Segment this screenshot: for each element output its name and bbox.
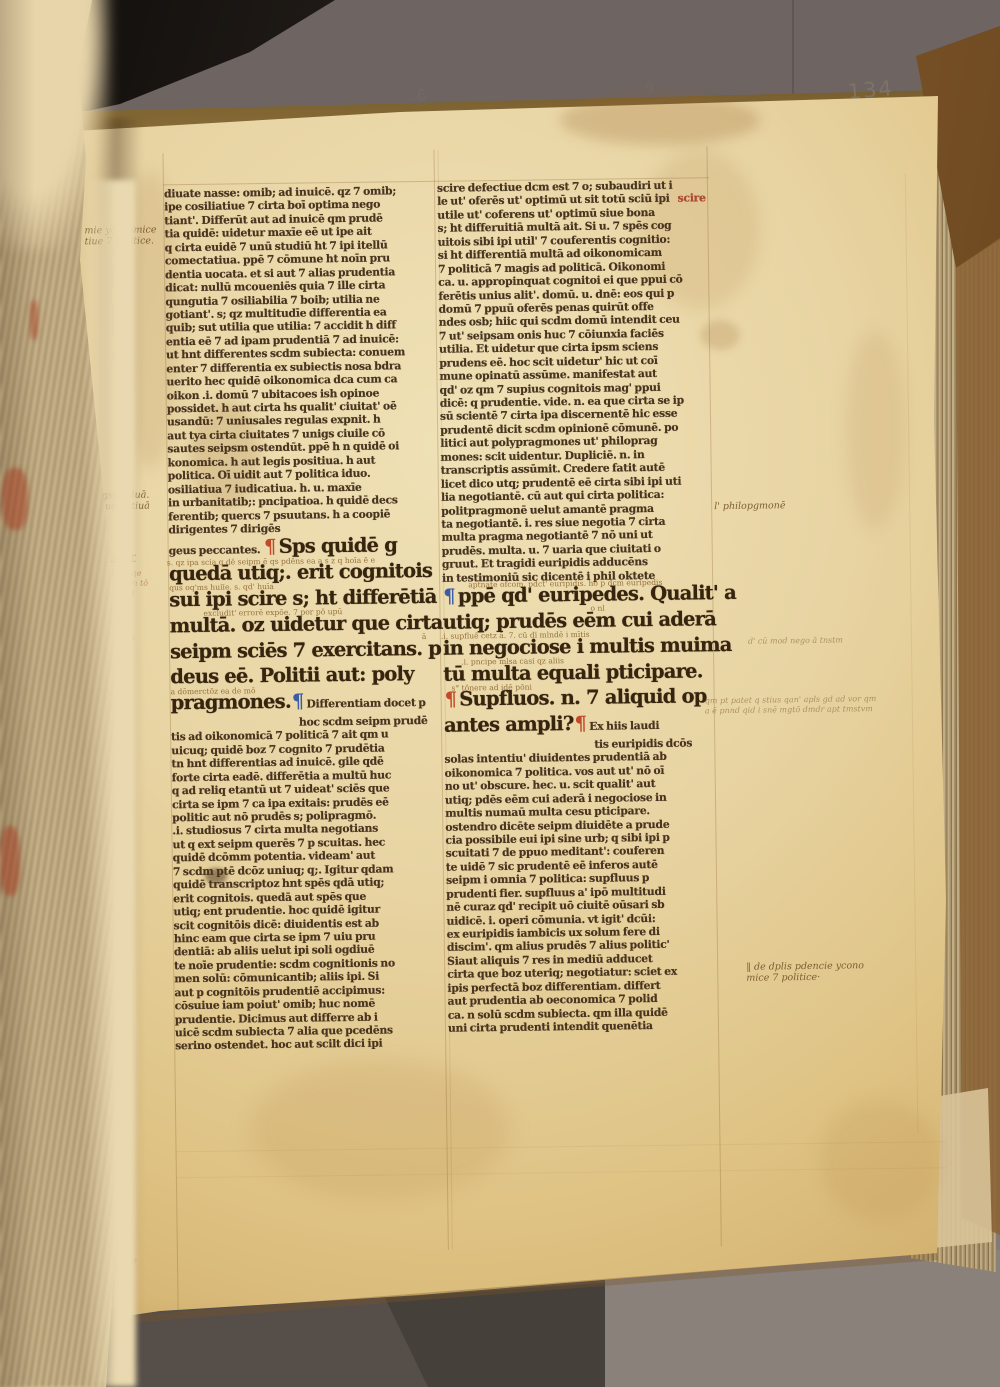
interlinear-gloss: excludit' errorē expōe. 7 por pō upū — [203, 607, 342, 618]
manuscript-photo: diuate nasse: omib; ad inuicē. qz 7 omib… — [0, 0, 1000, 1387]
text-line: uni cirta prudenti intendit quenētia — [448, 1018, 724, 1035]
interlinear-gloss: a dōmerctōz ea de mō — [170, 686, 255, 696]
ruling-line — [176, 1167, 946, 1178]
text-line: serino ostendet. hoc aut scilt dici ipi — [175, 1036, 451, 1053]
interlinear-gloss: s° tōnere ad idē pōni — [451, 682, 532, 692]
margin-note-nego: d' cū mod nego ā tnstm — [748, 636, 843, 647]
text-line: ¶Supfluos. n. 7 aliquid ops° tōnere ad i… — [444, 684, 720, 713]
text-line: multā. oz uidetur que cirtaexcludit' err… — [170, 610, 446, 639]
faint-numeral-6: 6 — [416, 86, 429, 105]
facing-page-red-ink — [0, 826, 20, 896]
facing-page-red-ink — [2, 468, 28, 530]
folio-number: 134 — [847, 76, 895, 104]
text-layer: diuate nasse: omib; ad inuicē. qz 7 omib… — [0, 0, 1000, 1387]
faint-numeral-9: 9 — [644, 79, 657, 98]
interlinear-gloss: qus oq'ms huiīe. s. qd' huīa — [169, 582, 274, 592]
margin-note-faint-long: qm pt patet q stius qan' apls gd ad vor … — [705, 694, 877, 716]
text-column-left: diuate nasse: omib; ad inuicē. qz 7 omib… — [164, 184, 451, 1053]
interlinear-gloss: ā — [422, 632, 427, 641]
text-line: antes ampli?¶Ex hiis laudi — [444, 710, 720, 739]
text-column-right: scire defectiue dcm est 7 o; subaudiri u… — [437, 178, 724, 1035]
ruling-line — [176, 1141, 946, 1152]
text-line: seipm sciēs 7 exercitans. pā — [170, 636, 446, 665]
facing-page-red-ink — [30, 300, 38, 340]
interlinear-gloss: .i. supfluē cetz ā. 7. cū dī mlndē i mīt… — [441, 630, 590, 641]
text-line: ¶ppē qd' euripedes. Qualit' aaptnate ofc… — [442, 581, 718, 610]
interlinear-gloss: .i. pncipe mlsa casi qz aliis — [461, 656, 564, 666]
interlinear-gloss: o nl — [590, 604, 604, 613]
text-line: pragmones.¶Differentiam docet pa dōmerct… — [171, 688, 447, 717]
margin-note-duplici-prudentie: ‖ de dplis pdencie yconomice 7 politice· — [746, 960, 864, 984]
ruling-line — [905, 174, 919, 1134]
margin-note-philopragmone: l' philopgmonē — [714, 500, 785, 512]
